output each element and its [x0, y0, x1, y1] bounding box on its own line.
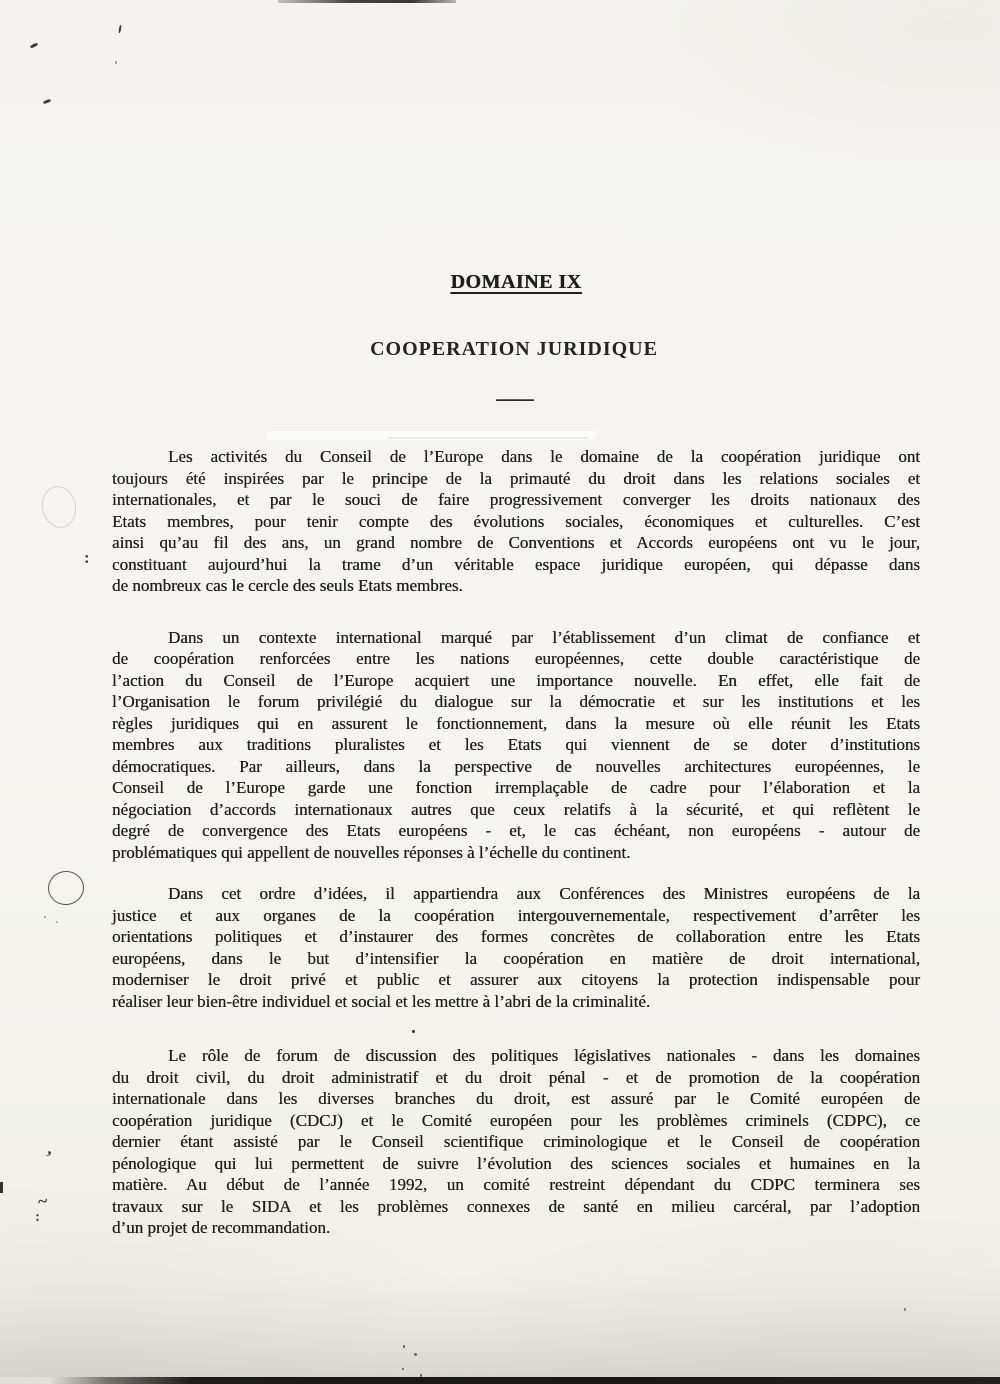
margin-colon-mark: : [35, 1210, 40, 1225]
paragraph: Dans un contexte international marqué pa… [112, 627, 920, 864]
text-line: membres aux traditions pluralistes et le… [112, 734, 920, 756]
scan-artifact-light-band [266, 431, 596, 440]
text-line: négociation d’accords internationaux aut… [112, 799, 920, 821]
text-line: problématiques qui appellent de nouvelle… [112, 842, 920, 864]
text-line: démocratiques. Par ailleurs, dans la per… [112, 756, 920, 778]
punch-hole-circle-mark [46, 869, 86, 908]
margin-tilde-mark: ~ [37, 1191, 49, 1210]
scan-artifact-top-edge-line [278, 0, 456, 3]
scan-artifact-bottom-edge-line [50, 1377, 1000, 1384]
scan-speck [414, 1353, 417, 1356]
paragraph: Le rôle de forum de discussion des polit… [112, 1045, 920, 1239]
paragraph: Les activités du Conseil de l’Europe dan… [112, 446, 920, 597]
text-line: justice et aux organes de la coopération… [112, 905, 920, 927]
text-line: dernier étant assisté par le Conseil sci… [112, 1131, 920, 1153]
text-line: degré de convergence des Etats européens… [112, 820, 920, 842]
text-line: de coopération renforcées entre les nati… [112, 648, 920, 670]
text-line: matière. Au début de l’année 1992, un co… [112, 1174, 920, 1196]
scan-speck [402, 1368, 404, 1370]
text-line: du droit civil, du droit administratif e… [112, 1067, 920, 1089]
text-line: règles juridiques qui en assurent le fon… [112, 713, 920, 735]
text-line: internationale dans les diverses branche… [112, 1088, 920, 1110]
scan-speck [56, 921, 58, 923]
text-line: européens, dans le but d’intensifier la … [112, 948, 920, 970]
paragraph: Dans cet ordre d’idées, il appartiendra … [112, 883, 920, 1012]
text-line: Les activités du Conseil de l’Europe dan… [112, 446, 920, 468]
document-title: DOMAINE IX [0, 271, 1000, 294]
text-line: l’action du Conseil de l’Europe acquiert… [112, 670, 920, 692]
text-line: réaliser leur bien-être individuel et so… [112, 991, 920, 1013]
scan-speck [118, 25, 121, 33]
text-line: internationales, et par le souci de fair… [112, 489, 920, 511]
document-body: Les activités du Conseil de l’Europe dan… [112, 446, 920, 1269]
text-line: constituant aujourd’hui la trame d’un vé… [112, 554, 920, 576]
text-line: coopération juridique (CDCJ) et le Comit… [112, 1110, 920, 1132]
scan-speck [403, 1345, 405, 1348]
scanned-document-page: : ’ ~ : DOMAINE IX COOPERATION JURIDIQUE… [0, 0, 1000, 1384]
text-line: Conseil de l’Europe garde une fonction i… [112, 777, 920, 799]
text-line: Dans cet ordre d’idées, il appartiendra … [112, 883, 920, 905]
scan-speck [420, 1374, 422, 1377]
text-line: travaux sur le SIDA et les problèmes con… [112, 1196, 920, 1218]
scan-artifact-edge-tick [0, 1182, 3, 1193]
scan-speck [115, 61, 117, 64]
text-line: pénologique qui lui permettent de suivre… [112, 1153, 920, 1175]
scan-speck [30, 42, 39, 48]
text-line: Le rôle de forum de discussion des polit… [112, 1045, 920, 1067]
document-subtitle: COOPERATION JURIDIQUE [0, 338, 1000, 361]
text-line: ainsi qu’au fil des ans, un grand nombre… [112, 532, 920, 554]
faint-circle-mark [38, 483, 80, 531]
scan-speck [904, 1308, 906, 1311]
text-line: d’un projet de recommandation. [112, 1217, 920, 1239]
text-line: moderniser le droit privé et public et a… [112, 969, 920, 991]
text-line: toujours été inspirées par le principe d… [112, 468, 920, 490]
scan-speck [44, 916, 46, 918]
scan-speck [43, 99, 52, 105]
text-line: l’Organisation le forum privilégié du di… [112, 691, 920, 713]
text-line: de nombreux cas le cercle des seuls Etat… [112, 575, 920, 597]
margin-apostrophe-mark: ’ [42, 1148, 53, 1167]
scan-artifact-faint-streak [388, 437, 588, 439]
margin-colon-mark: : [84, 549, 90, 566]
scan-artifact-bottom-shading [0, 1286, 1000, 1377]
separator-dashes: -------- [0, 388, 1000, 411]
text-line: orientations politiques et d’instaurer d… [112, 926, 920, 948]
text-line: Dans un contexte international marqué pa… [112, 627, 920, 649]
text-line: Etats membres, pour tenir compte des évo… [112, 511, 920, 533]
